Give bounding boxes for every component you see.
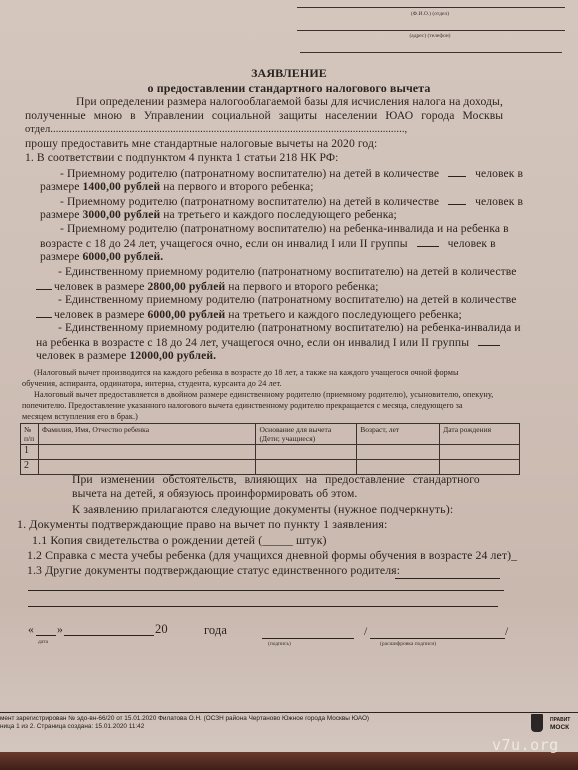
government-logo-text: ПРАВИТ МОСК: [550, 716, 570, 732]
row-number: 1: [21, 445, 39, 460]
deduction-amount: 2800,00 рублей: [148, 280, 226, 293]
deduction-item-cont: человек в размере 2800,00 рублей на перв…: [36, 279, 379, 294]
document-title: ЗАЯВЛЕНИЕ: [0, 66, 578, 80]
fio-line: [297, 7, 565, 8]
intro-line: прошу предоставить мне стандартные налог…: [25, 137, 377, 151]
document-item[interactable]: 1.1 Копия свидетельства о рождении детей…: [32, 533, 327, 547]
deduction-item-cont: человек в размере 12000,00 рублей.: [36, 349, 216, 363]
day-field[interactable]: [36, 635, 56, 636]
document-item[interactable]: 1.3 Другие документы подтверждающие стат…: [27, 563, 400, 577]
address-line: [297, 30, 565, 31]
note-line: месяцем вступления его в брак.): [22, 412, 138, 422]
table-header-row: № п/п Фамилия, Имя, Отчество ребенка Осн…: [21, 424, 520, 445]
deduction-item: - Единственному приемному родителю (патр…: [58, 265, 517, 279]
page-info: ница 1 из 2. Страница создана: 15.01.202…: [0, 723, 144, 731]
column-header-basis: Основание для вычета (Дети; учащиеся): [256, 424, 357, 445]
column-header-name: Фамилия, Имя, Отчество ребенка: [38, 424, 255, 445]
extra-line: [300, 52, 562, 53]
note-line: попечителю. Предоставление указанного на…: [22, 401, 463, 411]
month-field[interactable]: [64, 635, 154, 636]
year-suffix: года: [204, 623, 227, 637]
signature-decoding-label: (расшифровка подписи): [380, 641, 436, 647]
deduction-item: - Единственному приемному родителю (патр…: [58, 293, 517, 307]
count-field[interactable]: [417, 236, 439, 247]
deduction-item-cont: размере 1400,00 рублей на первого и втор…: [40, 180, 314, 194]
deduction-item-cont: человек в размере 6000,00 рублей на трет…: [36, 307, 462, 322]
fio-department-label: (Ф.И.О.) (отдел): [330, 11, 530, 17]
other-documents-line[interactable]: [395, 578, 500, 579]
column-header-age: Возраст, лет: [357, 424, 440, 445]
birthdate-cell[interactable]: [440, 445, 520, 460]
deduction-amount: 12000,00 рублей.: [130, 349, 217, 362]
slash: /: [505, 625, 508, 639]
table-row: 1: [21, 445, 520, 460]
watermark: v7u.org: [492, 736, 559, 754]
age-cell[interactable]: [357, 445, 440, 460]
deduction-amount: 6000,00 рублей: [148, 308, 226, 321]
note-line: Налоговый вычет предоставляется в двойно…: [34, 390, 493, 400]
registration-stamp: мент зарегистрирован № эдо-вн-66/20 от 1…: [0, 715, 369, 723]
column-header-number: № п/п: [21, 424, 39, 445]
commitment-line: При изменении обстоятельств, влияющих на…: [72, 473, 480, 487]
department-field[interactable]: отдел...................................…: [25, 123, 407, 137]
count-field[interactable]: [36, 307, 52, 318]
other-documents-line[interactable]: [28, 590, 504, 591]
date-close-quote: »: [57, 623, 63, 637]
column-header-birthdate: Дата рождения: [440, 424, 520, 445]
deduction-amount: 6000,00 рублей.: [82, 250, 163, 263]
intro-line: При определении размера налогооблагаемой…: [76, 95, 503, 109]
document-subtitle: о предоставлении стандартного налогового…: [0, 81, 578, 95]
deduction-item-cont: размере 3000,00 рублей на третьего и каж…: [40, 208, 397, 222]
deduction-item-cont: размере 6000,00 рублей.: [40, 250, 163, 264]
note-line: обучения, аспиранта, ординатора, интерна…: [22, 379, 282, 389]
commitment-line: вычета на детей, я обязуюсь проинформиро…: [72, 487, 357, 501]
deduction-item-cont: на ребенка в возрасте с 18 до 24 лет, уч…: [36, 335, 500, 350]
child-name-cell[interactable]: [38, 445, 255, 460]
attachments-intro: К заявлению прилагаются следующие докуме…: [72, 502, 453, 516]
table-surface: [0, 752, 578, 770]
document-item[interactable]: 1.2 Справка с места учебы ребенка (для у…: [27, 548, 517, 562]
deduction-amount: 3000,00 рублей: [82, 208, 160, 221]
slash: /: [364, 625, 367, 639]
date-label: дата: [38, 639, 48, 645]
other-documents-line[interactable]: [28, 606, 498, 607]
documents-heading: 1. Документы подтверждающие право на выч…: [17, 517, 387, 531]
section-heading: 1. В соответствии с подпунктом 4 пункта …: [25, 151, 338, 165]
address-phone-label: (адрес) (телефон): [330, 33, 530, 39]
moscow-emblem-icon: [531, 714, 543, 732]
note-line: (Налоговый вычет производится на каждого…: [34, 368, 459, 378]
signature-label: (подпись): [268, 641, 291, 647]
intro-line: полученные мною в Управлении социальной …: [25, 109, 503, 123]
date-open-quote: «: [28, 623, 34, 637]
deduction-item: - Приемному родителю (патронатному воспи…: [60, 222, 509, 236]
row-number: 2: [21, 460, 39, 475]
count-field[interactable]: [448, 166, 466, 177]
year-prefix: 20: [155, 622, 168, 636]
deduction-item-cont: возрасте с 18 до 24 лет, учащегося очно,…: [40, 236, 496, 251]
count-field[interactable]: [478, 335, 500, 346]
signature-decoding-field[interactable]: [370, 638, 505, 639]
basis-cell[interactable]: [256, 445, 357, 460]
deduction-item: - Приемному родителю (патронатному воспи…: [60, 194, 523, 209]
deduction-amount: 1400,00 рублей: [82, 180, 160, 193]
deduction-item: - Приемному родителю (патронатному воспи…: [60, 166, 523, 181]
deduction-item: - Единственному приемному родителю (патр…: [58, 321, 521, 335]
signature-field[interactable]: [262, 638, 354, 639]
children-table: № п/п Фамилия, Имя, Отчество ребенка Осн…: [20, 423, 520, 475]
count-field[interactable]: [448, 194, 466, 205]
count-field[interactable]: [36, 279, 52, 290]
footer-divider: [0, 712, 578, 713]
